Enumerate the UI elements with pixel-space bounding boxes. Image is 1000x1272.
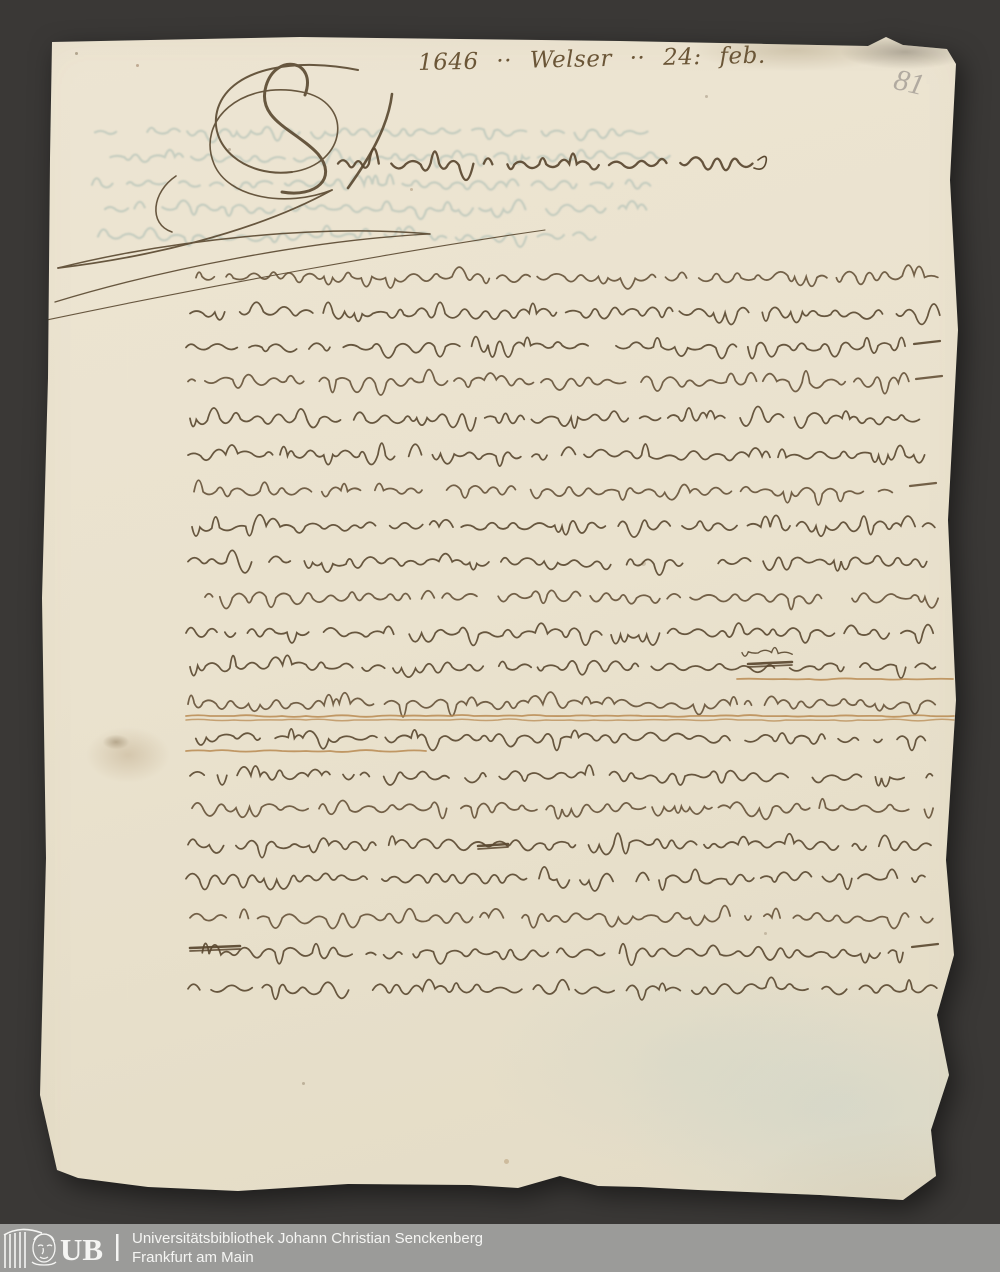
underline-stroke [186,750,426,752]
library-caption: Universitätsbibliothek Johann Christian … [132,1229,483,1267]
line-end-dash [912,944,938,947]
handwriting-line [186,623,933,645]
strikethrough-stroke [478,847,508,849]
handwriting-line [188,443,925,466]
handwriting-line [190,302,940,324]
ghost-line [98,226,607,247]
handwriting-line [188,833,931,857]
handwritten-text [0,0,1000,1272]
line-end-dash [914,341,940,344]
handwriting-line [188,977,937,1000]
handwriting-line [190,906,933,929]
handwriting-line [205,590,938,609]
strikethrough-stroke [190,946,240,948]
foxing-specks [0,0,3,3]
handwriting-line [186,337,905,359]
strikethrough-stroke [748,662,792,664]
handwriting-line [202,943,903,965]
handwriting-line [190,765,932,786]
underline-stroke [737,678,953,679]
logo-divider [116,1234,119,1261]
greeting-line [338,148,753,180]
ub-lettermark: UB [60,1232,103,1267]
ghost-line [105,200,646,219]
handwriting-line [192,799,933,820]
underline-stroke [186,715,954,717]
line-end-dash [916,376,942,379]
library-name: Universitätsbibliothek Johann Christian … [132,1229,483,1248]
handwriting-line [196,729,939,751]
handwriting-line [186,867,934,891]
ub-logo: UB [2,1226,124,1270]
handwriting-lines [186,148,954,999]
goethe-portrait-icon [32,1234,56,1265]
interlinear-insertion [742,648,792,657]
strikethrough-stroke [478,844,508,846]
handwriting-line [192,515,935,537]
flourish-initial [28,64,545,324]
ghost-line [95,127,648,142]
strikethrough-stroke [190,949,240,951]
ghost-line [110,149,669,167]
book-pages-icon [4,1229,42,1268]
library-footer-bar: UB Universitätsbibliothek Johann Christi… [0,1224,1000,1272]
library-location: Frankfurt am Main [132,1248,483,1267]
verso-show-through [92,127,670,247]
handwriting-line [194,480,900,505]
handwriting-line [188,692,935,717]
handwriting-line [188,550,927,575]
line-end-dash [910,483,936,486]
underline-stroke [186,719,954,721]
handwriting-line [190,655,935,678]
strikethrough-stroke [748,665,792,667]
handwriting-line [190,407,933,431]
handwriting-line [188,370,909,395]
etc-flourish [754,156,766,169]
scan-stage: 1646 ·· Welser ·· 24: feb. 81 [0,0,1000,1272]
